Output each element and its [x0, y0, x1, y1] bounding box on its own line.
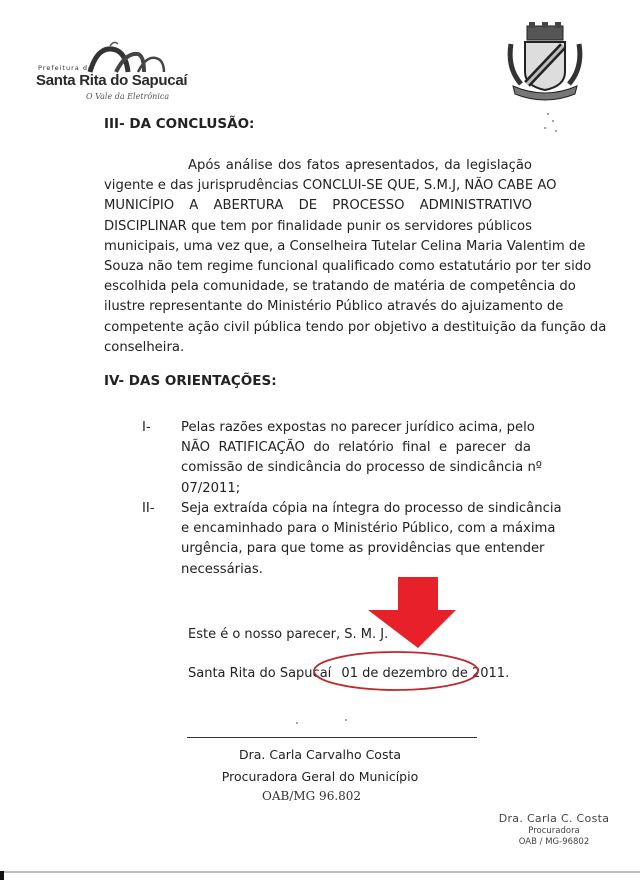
paragraph-line: municipais, uma vez que, a Conselheira T…: [104, 237, 532, 257]
item-line: e encaminhado para o Ministério Público,…: [181, 519, 531, 539]
item-number: I-: [142, 418, 151, 438]
signer-title: Procuradora Geral do Município: [0, 767, 640, 787]
item-line: Pelas razões expostas no parecer jurídic…: [181, 418, 531, 438]
page-edge: [0, 871, 640, 873]
paragraph-line: escolhida pela comunidade, se tratando d…: [104, 277, 532, 297]
conclusion-paragraph: Após análise dos fatos apresentados, da …: [104, 156, 532, 358]
paragraph-line: MUNICÍPIO A ABERTURA DE PROCESSO ADMINIS…: [104, 196, 532, 216]
item-line: 07/2011;: [181, 479, 531, 499]
logo-slogan: O Vale da Eletrônica: [86, 92, 169, 101]
paragraph-line: conselheira.: [104, 338, 532, 358]
section-heading-guidelines: IV- DAS ORIENTAÇÕES:: [104, 373, 277, 389]
stamp-title: Procuradora: [494, 826, 614, 836]
signer-oab: OAB/MG 96.802: [262, 789, 361, 803]
paragraph-line: Após análise dos fatos apresentados, da …: [104, 156, 532, 176]
guideline-item: Pelas razões expostas no parecer jurídic…: [181, 418, 531, 499]
logo-prefix: Prefeitura de: [38, 64, 93, 72]
item-line: Seja extraída cópia na íntegra do proces…: [181, 499, 531, 519]
signer-name: Dra. Carla Carvalho Costa: [0, 745, 640, 765]
stamp-oab: OAB / MG-96802: [494, 837, 614, 847]
signature-line: [187, 737, 477, 738]
guideline-item: Seja extraída cópia na íntegra do proces…: [181, 499, 531, 580]
item-line: NÃO RATIFICAÇÃO do relatório final e par…: [181, 438, 531, 458]
coat-of-arms-icon: [505, 20, 585, 102]
paragraph-line: competente ação civil pública tendo por …: [104, 318, 532, 338]
section-heading-conclusion: III- DA CONCLUSÃO:: [104, 116, 254, 132]
scan-speck: [555, 130, 557, 132]
paragraph-line: vigente e das jurisprudências CONCLUI-SE…: [104, 176, 532, 196]
scan-speck: [544, 127, 546, 129]
annotation-arrow-icon: [310, 570, 490, 700]
logo-arches-icon: [86, 40, 166, 74]
item-line: urgência, para que tome as providências …: [181, 539, 531, 559]
paragraph-line: DISCIPLINAR que tem por finalidade punir…: [104, 217, 532, 237]
scan-speck: [547, 113, 549, 115]
scan-speck: [552, 120, 554, 122]
scan-speck: [345, 719, 347, 721]
scan-corner-mark: [0, 871, 4, 880]
logo-name: Santa Rita do Sapucaí: [36, 72, 187, 89]
paragraph-line: ilustre representante do Ministério Públ…: [104, 297, 532, 317]
paragraph-line: Souza não tem regime funcional qualifica…: [104, 257, 532, 277]
item-number: II-: [142, 499, 155, 519]
stamp-name: Dra. Carla C. Costa: [494, 812, 614, 825]
scan-speck: [296, 722, 298, 724]
item-line: comissão de sindicância do processo de s…: [181, 458, 531, 478]
